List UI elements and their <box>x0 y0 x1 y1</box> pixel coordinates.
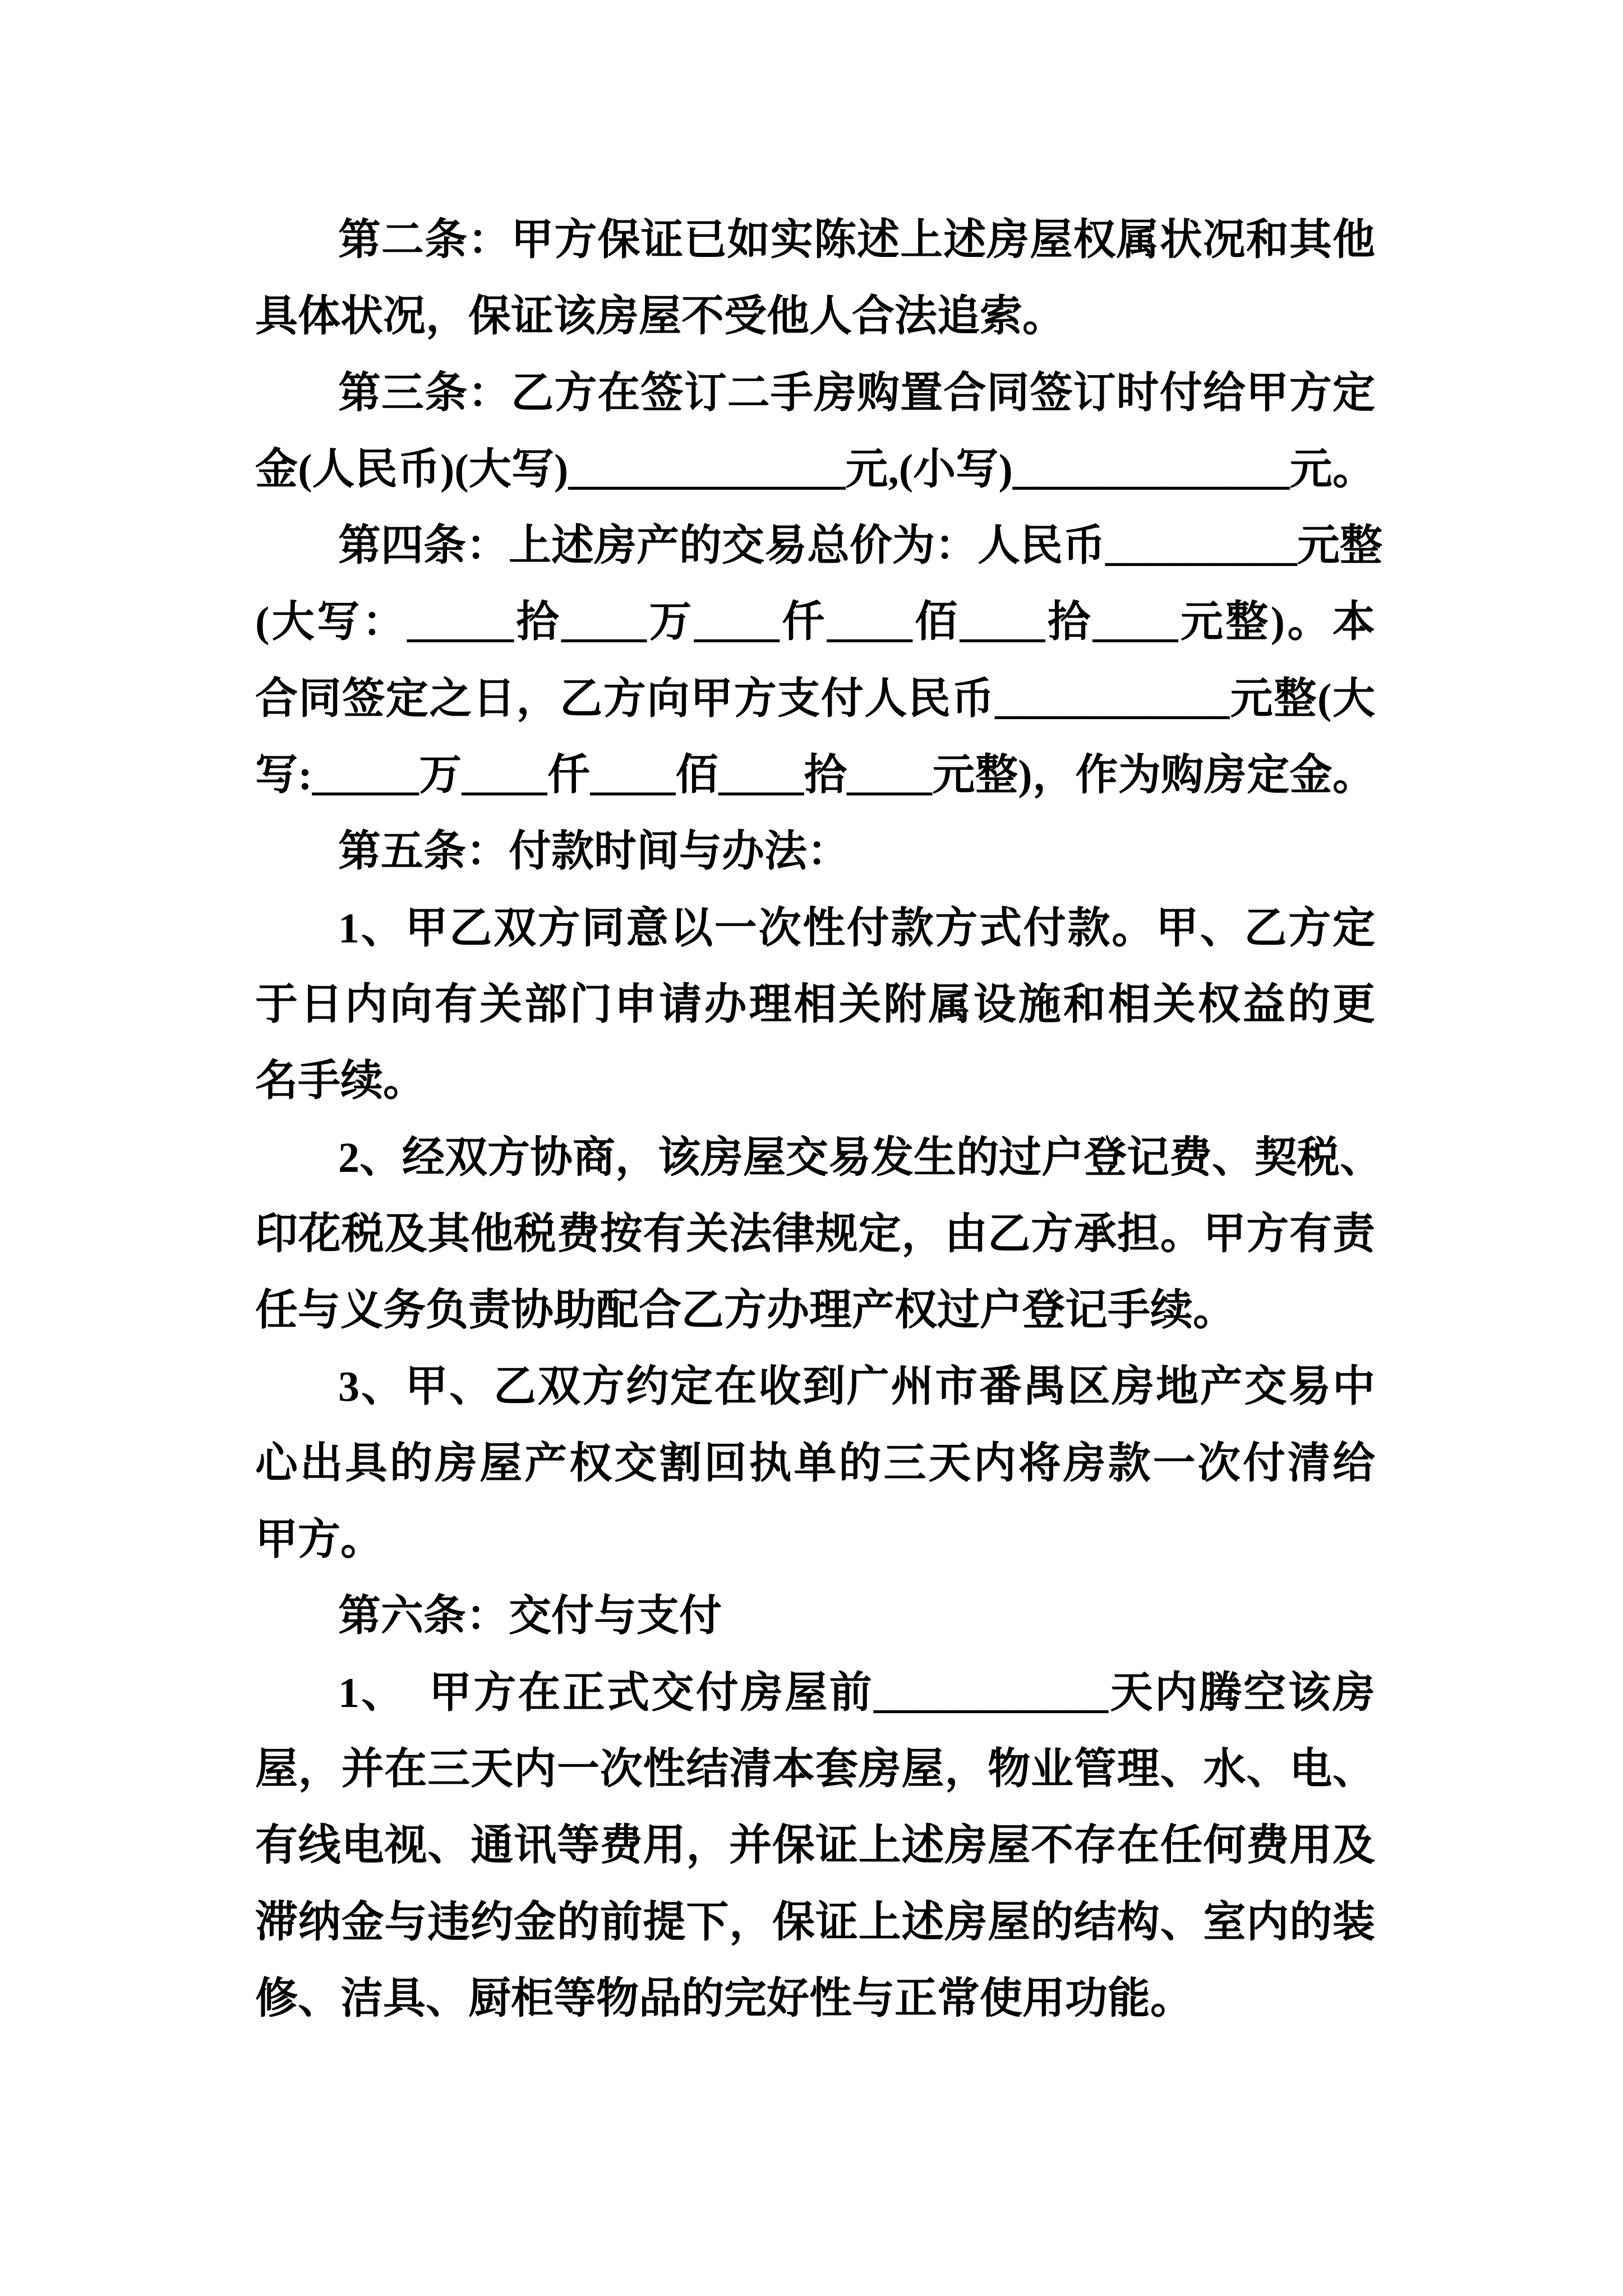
contract-body: 第二条：甲方保证已如实陈述上述房屋权属状况和其他 具体状况，保证该房屋不受他人合… <box>255 202 1375 2037</box>
contract-line: 金(人民币)(大写)_____________元,(小写)___________… <box>255 431 1375 508</box>
contract-line: 写:_____万____仟____佰____拾____元整)，作为购房定金。 <box>255 737 1375 813</box>
contract-line: 第三条：乙方在签订二手房购置合同签订时付给甲方定 <box>255 355 1375 431</box>
contract-line: 第二条：甲方保证已如实陈述上述房屋权属状况和其他 <box>255 202 1375 278</box>
contract-line: 甲方。 <box>255 1502 1375 1578</box>
contract-line: 第四条：上述房产的交易总价为：人民币_________元整 <box>255 508 1375 584</box>
contract-line: 屋，并在三天内一次性结清本套房屋，物业管理、水、电、 <box>255 1731 1375 1807</box>
contract-line: 印花税及其他税费按有关法律规定，由乙方承担。甲方有责 <box>255 1196 1375 1272</box>
contract-line: 于日内向有关部门申请办理相关附属设施和相关权益的更 <box>255 967 1375 1043</box>
contract-line: 滞纳金与违约金的前提下，保证上述房屋的结构、室内的装 <box>255 1884 1375 1961</box>
contract-line: 3、甲、乙双方约定在收到广州市番禺区房地产交易中 <box>255 1349 1375 1425</box>
contract-line: 第五条：付款时间与办法： <box>255 813 1375 890</box>
contract-line: 修、洁具、厨柜等物品的完好性与正常使用功能。 <box>255 1961 1375 2037</box>
contract-line: 具体状况，保证该房屋不受他人合法追索。 <box>255 278 1375 355</box>
contract-line: 第六条：交付与支付 <box>255 1578 1375 1654</box>
contract-line: 1、 甲方在正式交付房屋前___________天内腾空该房 <box>255 1655 1375 1731</box>
contract-line: 2、经双方协商，该房屋交易发生的过户登记费、契税、 <box>255 1120 1375 1196</box>
contract-line: 心出具的房屋产权交割回执单的三天内将房款一次付清给 <box>255 1425 1375 1502</box>
contract-line: 合同签定之日，乙方向甲方支付人民币___________元整(大 <box>255 661 1375 737</box>
contract-line: (大写：_____拾____万____仟____佰____拾____元整)。本 <box>255 584 1375 660</box>
contract-line: 1、甲乙双方同意以一次性付款方式付款。甲、乙方定 <box>255 890 1375 967</box>
contract-line: 名手续。 <box>255 1043 1375 1119</box>
contract-document-page: 第二条：甲方保证已如实陈述上述房屋权属状况和其他 具体状况，保证该房屋不受他人合… <box>0 0 1623 2296</box>
contract-line: 任与义务负责协助配合乙方办理产权过户登记手续。 <box>255 1272 1375 1349</box>
contract-line: 有线电视、通讯等费用，并保证上述房屋不存在任何费用及 <box>255 1807 1375 1884</box>
